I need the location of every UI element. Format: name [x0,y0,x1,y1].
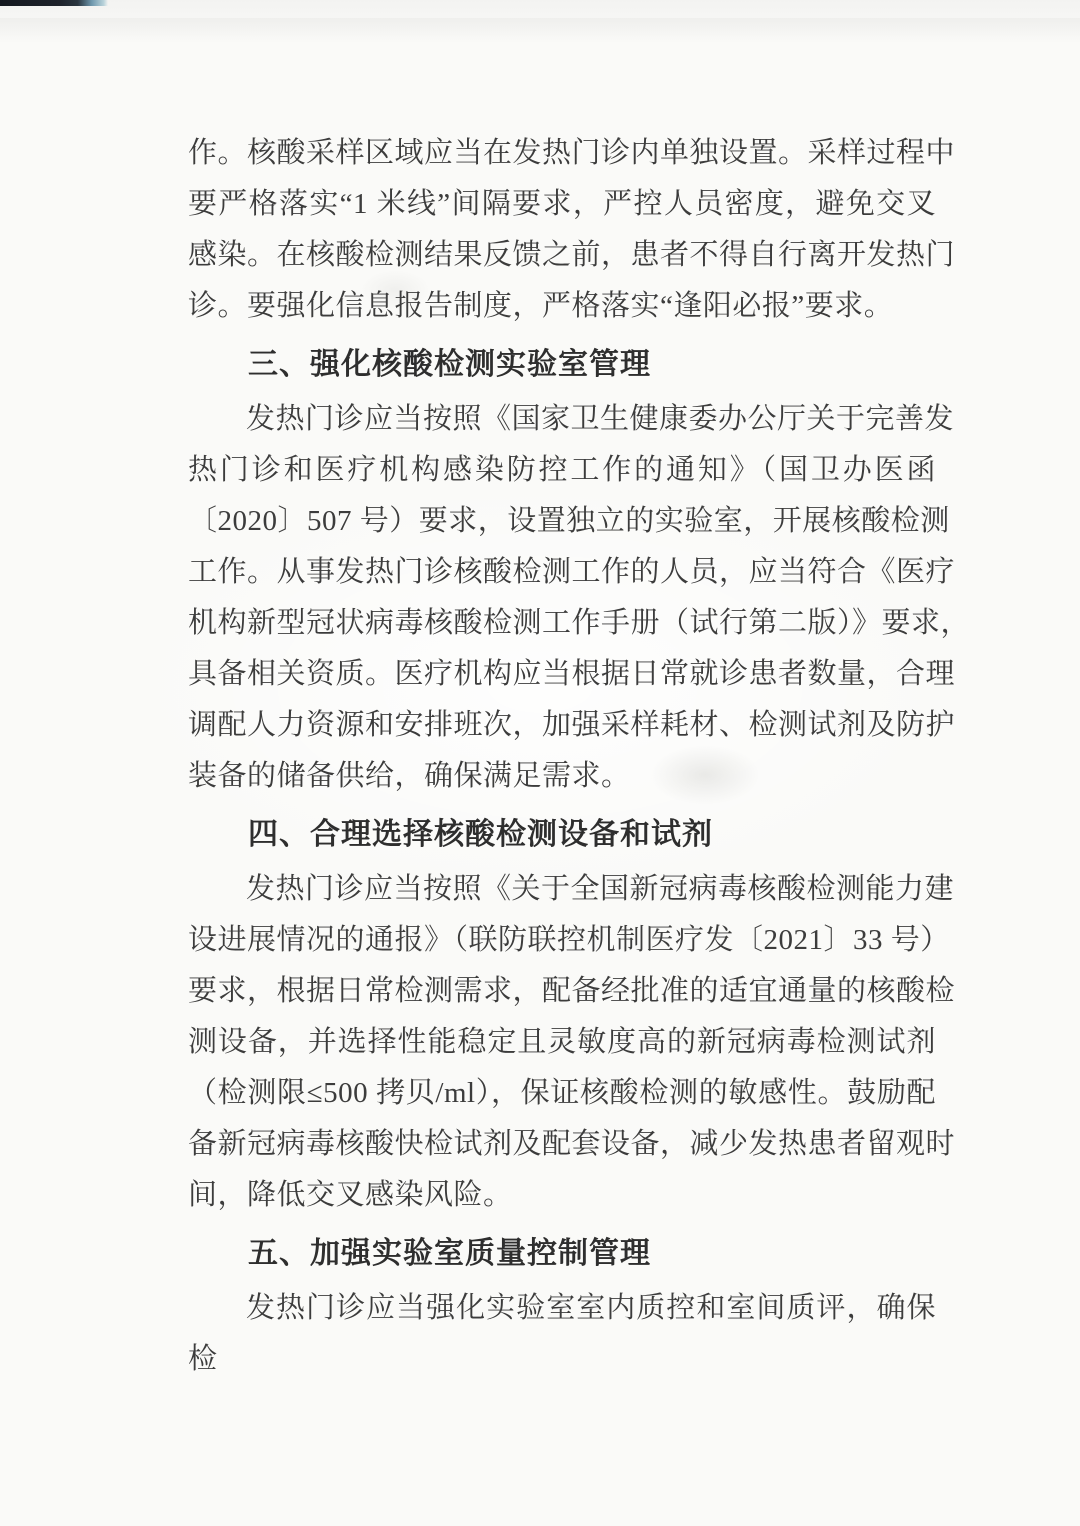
paragraph-section-4: 发热门诊应当按照《关于全国新冠病毒核酸检测能力建 设进展情况的通报》（联防联控机… [188,864,936,1221]
paragraph-continuation: 作。核酸采样区域应当在发热门诊内单独设置。采样过程中 要严格落实“1 米线”间隔… [188,128,936,332]
section-heading-5: 五、加强实验室质量控制管理 [188,1228,936,1279]
text-line: 设进展情况的通报》（联防联控机制医疗发〔2021〕33 号） [188,915,936,966]
scan-smudge [0,18,1080,44]
text-line: 〔2020〕507 号）要求，设置独立的实验室，开展核酸检测 [188,496,936,547]
section-heading-3: 三、强化核酸检测实验室管理 [188,339,936,390]
text-line: 测设备，并选择性能稳定且灵敏度高的新冠病毒检测试剂 [188,1017,936,1068]
text-line: 备新冠病毒核酸快检试剂及配套设备，减少发热患者留观时 [188,1119,936,1170]
text-line: 具备相关资质。医疗机构应当根据日常就诊患者数量，合理 [188,649,936,700]
text-line: 间，降低交叉感染风险。 [188,1170,936,1221]
text-line: 发热门诊应当按照《国家卫生健康委办公厅关于完善发 [188,394,936,445]
section-heading-4: 四、合理选择核酸检测设备和试剂 [188,809,936,860]
text-line: 发热门诊应当按照《关于全国新冠病毒核酸检测能力建 [188,864,936,915]
text-line: 机构新型冠状病毒核酸检测工作手册（试行第二版）》要求， [188,598,936,649]
text-line: 发热门诊应当强化实验室室内质控和室间质评，确保检 [188,1283,936,1334]
text-line: 装备的储备供给，确保满足需求。 [188,751,936,802]
text-line: 工作。从事发热门诊核酸检测工作的人员，应当符合《医疗 [188,547,936,598]
text-line: 调配人力资源和安排班次，加强采样耗材、检测试剂及防护 [188,700,936,751]
text-line: 诊。要强化信息报告制度，严格落实“逢阳必报”要求。 [188,281,936,332]
text-line: 作。核酸采样区域应当在发热门诊内单独设置。采样过程中 [188,128,936,179]
text-line: 感染。在核酸检测结果反馈之前，患者不得自行离开发热门 [188,230,936,281]
scanner-edge-artifact [0,0,108,6]
text-line: 要严格落实“1 米线”间隔要求，严控人员密度，避免交叉 [188,179,936,230]
paragraph-section-3: 发热门诊应当按照《国家卫生健康委办公厅关于完善发 热门诊和医疗机构感染防控工作的… [188,394,936,802]
text-line: 要求，根据日常检测需求，配备经批准的适宜通量的核酸检 [188,966,936,1017]
text-line: 热门诊和医疗机构感染防控工作的通知》（国卫办医函 [188,445,936,496]
text-line: （检测限≤500 拷贝/ml），保证核酸检测的敏感性。鼓励配 [188,1068,936,1119]
scanned-document-page: 作。核酸采样区域应当在发热门诊内单独设置。采样过程中 要严格落实“1 米线”间隔… [0,0,1080,1526]
document-body: 作。核酸采样区域应当在发热门诊内单独设置。采样过程中 要严格落实“1 米线”间隔… [188,128,936,1334]
paragraph-section-5: 发热门诊应当强化实验室室内质控和室间质评，确保检 [188,1283,936,1334]
